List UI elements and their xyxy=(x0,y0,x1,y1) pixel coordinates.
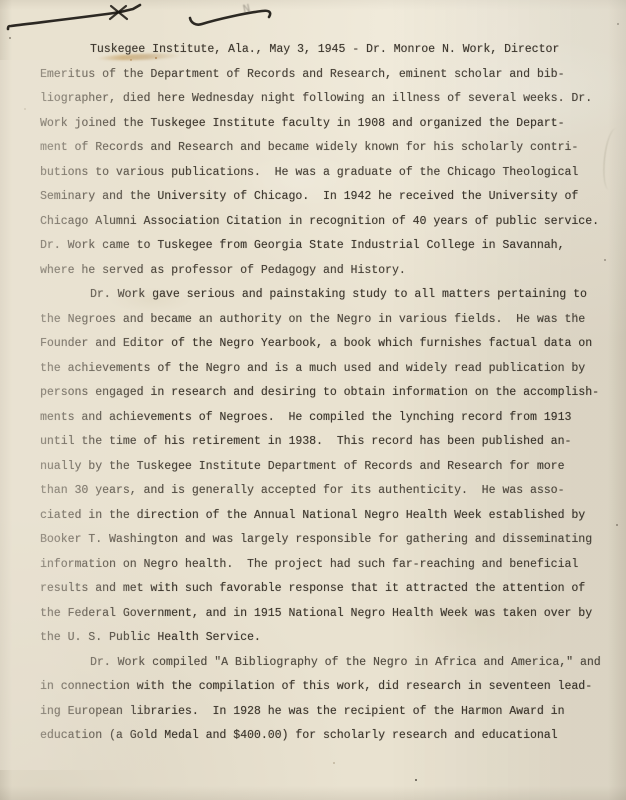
document-line: butions to various publications. He was … xyxy=(40,161,608,186)
document-line: ciated in the direction of the Annual Na… xyxy=(40,504,608,529)
document-line: the achievements of the Negro and is a m… xyxy=(40,357,608,382)
document-line: liographer, died here Wednesday night fo… xyxy=(40,87,608,112)
document-line: Tuskegee Institute, Ala., May 3, 1945 - … xyxy=(40,38,608,63)
document-body: Tuskegee Institute, Ala., May 3, 1945 - … xyxy=(40,38,608,749)
document-line: Emeritus of the Department of Records an… xyxy=(40,63,608,88)
document-line: the U. S. Public Health Service. xyxy=(40,626,608,651)
document-line: education (a Gold Medal and $400.00) for… xyxy=(40,724,608,749)
document-line: than 30 years, and is generally accepted… xyxy=(40,479,608,504)
document-line: until the time of his retirement in 1938… xyxy=(40,430,608,455)
pen-stroke-left xyxy=(8,5,140,29)
document-line: Chicago Alumni Association Citation in r… xyxy=(40,210,608,235)
document-line: nually by the Tuskegee Institute Departm… xyxy=(40,455,608,480)
document-line: in connection with the compilation of th… xyxy=(40,675,608,700)
pen-stroke-cross xyxy=(110,6,127,19)
document-line: the Federal Government, and in 1915 Nati… xyxy=(40,602,608,627)
document-line: ments and achievements of Negroes. He co… xyxy=(40,406,608,431)
document-line: Work joined the Tuskegee Institute facul… xyxy=(40,112,608,137)
document-line: Dr. Work gave serious and painstaking st… xyxy=(40,283,608,308)
document-line: information on Negro health. The project… xyxy=(40,553,608,578)
document-line: Founder and Editor of the Negro Yearbook… xyxy=(40,332,608,357)
document-line: Booker T. Washington and was largely res… xyxy=(40,528,608,553)
document-line: persons engaged in research and desiring… xyxy=(40,381,608,406)
document-line: ing European libraries. In 1928 he was t… xyxy=(40,700,608,725)
document-line: Dr. Work compiled "A Bibliography of the… xyxy=(40,651,608,676)
document-line: where he served as professor of Pedagogy… xyxy=(40,259,608,284)
handwritten-pen-marks xyxy=(0,2,300,38)
document-line: the Negroes and became an authority on t… xyxy=(40,308,608,333)
pen-stroke-right xyxy=(190,11,270,25)
pencil-smudge: N xyxy=(242,1,254,17)
document-line: results and met with such favorable resp… xyxy=(40,577,608,602)
paper-specks xyxy=(0,0,2,2)
scanned-page: N Tuskegee Institute, Ala., May 3, 1945 … xyxy=(0,0,626,800)
document-line: ment of Records and Research and became … xyxy=(40,136,608,161)
document-line: Seminary and the University of Chicago. … xyxy=(40,185,608,210)
document-line: Dr. Work came to Tuskegee from Georgia S… xyxy=(40,234,608,259)
